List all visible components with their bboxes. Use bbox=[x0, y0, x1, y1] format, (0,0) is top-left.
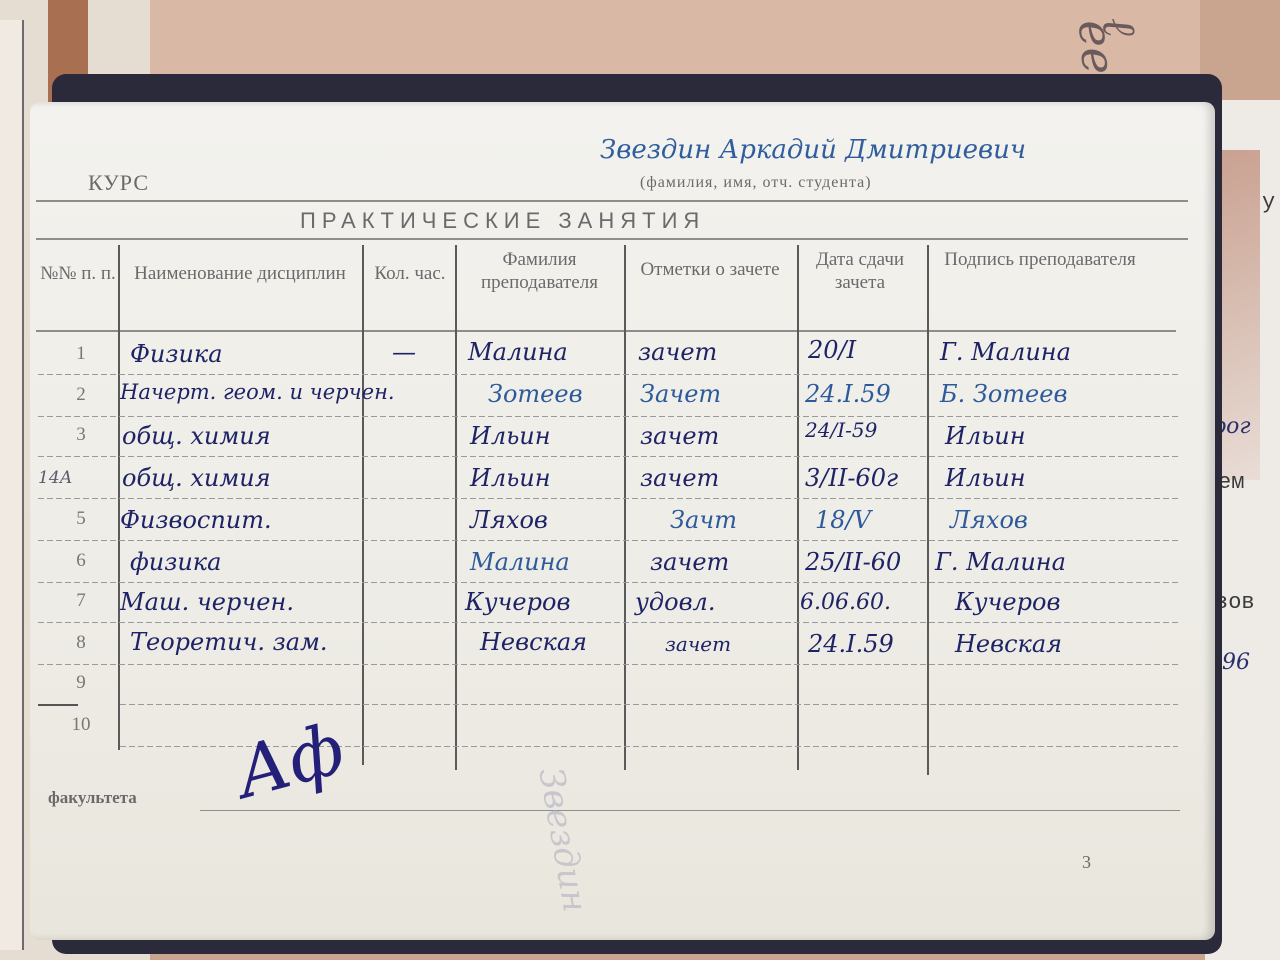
cell-teacher: Малина bbox=[468, 338, 568, 366]
course-label: КУРС bbox=[88, 170, 149, 196]
cell-discipline: Физвоспит. bbox=[120, 506, 272, 534]
background-fragment: 96 bbox=[1222, 650, 1250, 675]
row-rule bbox=[38, 622, 1178, 623]
cell-date: 3/II-60г bbox=[805, 464, 898, 492]
cell-discipline: общ. химия bbox=[122, 422, 271, 450]
cell-discipline: Начерт. геом. и черчен. bbox=[120, 380, 395, 404]
cell-signature: Кучеров bbox=[955, 588, 1060, 616]
cell-teacher: Ильин bbox=[470, 464, 551, 492]
cell-date: 20/I bbox=[808, 336, 856, 364]
column-header-num: №№ п. п. bbox=[38, 262, 118, 285]
column-header-mark: Отметки о зачете bbox=[630, 258, 790, 281]
cell-hours: — bbox=[392, 338, 416, 366]
cell-mark: зачет bbox=[638, 338, 717, 366]
faculty-label: факультета bbox=[48, 788, 137, 808]
row-rule bbox=[120, 704, 1178, 705]
column-divider bbox=[797, 245, 799, 770]
row-number: 1 bbox=[56, 343, 106, 365]
rule bbox=[36, 238, 1188, 240]
cell-mark: зачет bbox=[665, 632, 731, 656]
cell-date: 18/V bbox=[815, 506, 871, 534]
cell-discipline: Физика bbox=[130, 340, 223, 368]
cell-teacher: Малина bbox=[470, 548, 570, 576]
column-header-discipline: Наименование дисциплин bbox=[125, 262, 355, 285]
cell-discipline: общ. химия bbox=[122, 464, 271, 492]
row-number: 5 bbox=[56, 508, 106, 530]
row-number: 8 bbox=[56, 632, 106, 654]
row-rule bbox=[38, 664, 1178, 665]
row-number: 6 bbox=[56, 550, 106, 572]
cell-date: 24.I.59 bbox=[805, 380, 891, 408]
row-number: 10 bbox=[56, 714, 106, 736]
cell-mark: зачет bbox=[640, 422, 719, 450]
header-rule bbox=[36, 330, 1176, 332]
cell-teacher: Зотеев bbox=[488, 380, 583, 408]
cell-teacher: Невская bbox=[480, 628, 587, 656]
cell-date: 6.06.60. bbox=[800, 590, 891, 615]
column-header-teacher: Фамилия преподавателя bbox=[462, 248, 617, 294]
student-name: Звездин Аркадий Дмитриевич bbox=[600, 135, 1026, 165]
background-fragment: у bbox=[1262, 190, 1275, 215]
column-divider bbox=[455, 245, 457, 770]
column-header-hours: Кол. час. bbox=[370, 262, 450, 285]
cell-signature: Ильин bbox=[945, 464, 1026, 492]
cell-signature: Г. Малина bbox=[940, 338, 1071, 366]
row-rule bbox=[38, 704, 78, 706]
cell-discipline: Теоретич. зам. bbox=[130, 628, 328, 656]
cell-teacher: Ляхов bbox=[470, 506, 548, 534]
row-rule bbox=[38, 582, 1178, 583]
row-number: 2 bbox=[56, 384, 106, 406]
cell-signature: Ляхов bbox=[950, 506, 1028, 534]
row-rule bbox=[38, 456, 1178, 457]
row-rule bbox=[38, 416, 1178, 417]
cell-signature: Б. Зотеев bbox=[940, 380, 1067, 408]
cell-date: 25/II-60 bbox=[805, 548, 901, 576]
column-divider bbox=[927, 245, 929, 775]
row-number: 9 bbox=[56, 672, 106, 694]
cell-signature: Ильин bbox=[945, 422, 1026, 450]
cell-signature: Г. Малина bbox=[935, 548, 1066, 576]
section-title: ПРАКТИЧЕСКИЕ ЗАНЯТИЯ bbox=[300, 208, 705, 234]
row-rule bbox=[38, 374, 1178, 375]
cell-teacher: Кучеров bbox=[465, 588, 570, 616]
cell-date: 24.I.59 bbox=[808, 630, 894, 658]
cell-mark: Зачт bbox=[670, 506, 737, 534]
column-divider bbox=[362, 245, 364, 765]
cell-mark: Зачет bbox=[640, 380, 721, 408]
cell-discipline: физика bbox=[130, 548, 221, 576]
cell-mark: зачет bbox=[640, 464, 719, 492]
rule bbox=[36, 200, 1188, 202]
cell-mark: удовл. bbox=[635, 588, 715, 616]
row-number: 3 bbox=[56, 424, 106, 446]
row-rule bbox=[38, 540, 1178, 541]
column-header-date: Дата сдачи зачета bbox=[800, 248, 920, 294]
column-divider bbox=[624, 245, 626, 770]
cell-mark: зачет bbox=[650, 548, 729, 576]
cell-teacher: Ильин bbox=[470, 422, 551, 450]
signature-line bbox=[200, 810, 1180, 811]
row-number: 7 bbox=[56, 590, 106, 612]
background-left-paper bbox=[0, 20, 24, 950]
column-header-signature: Подпись преподавателя bbox=[935, 248, 1145, 271]
cell-signature: Невская bbox=[955, 630, 1062, 658]
student-name-caption: (фамилия, имя, отч. студента) bbox=[640, 174, 872, 192]
page-number: 3 bbox=[1082, 852, 1091, 873]
row-rule bbox=[38, 498, 1178, 499]
cell-discipline: Маш. черчен. bbox=[120, 588, 294, 616]
cell-date: 24/I-59 bbox=[805, 418, 877, 442]
